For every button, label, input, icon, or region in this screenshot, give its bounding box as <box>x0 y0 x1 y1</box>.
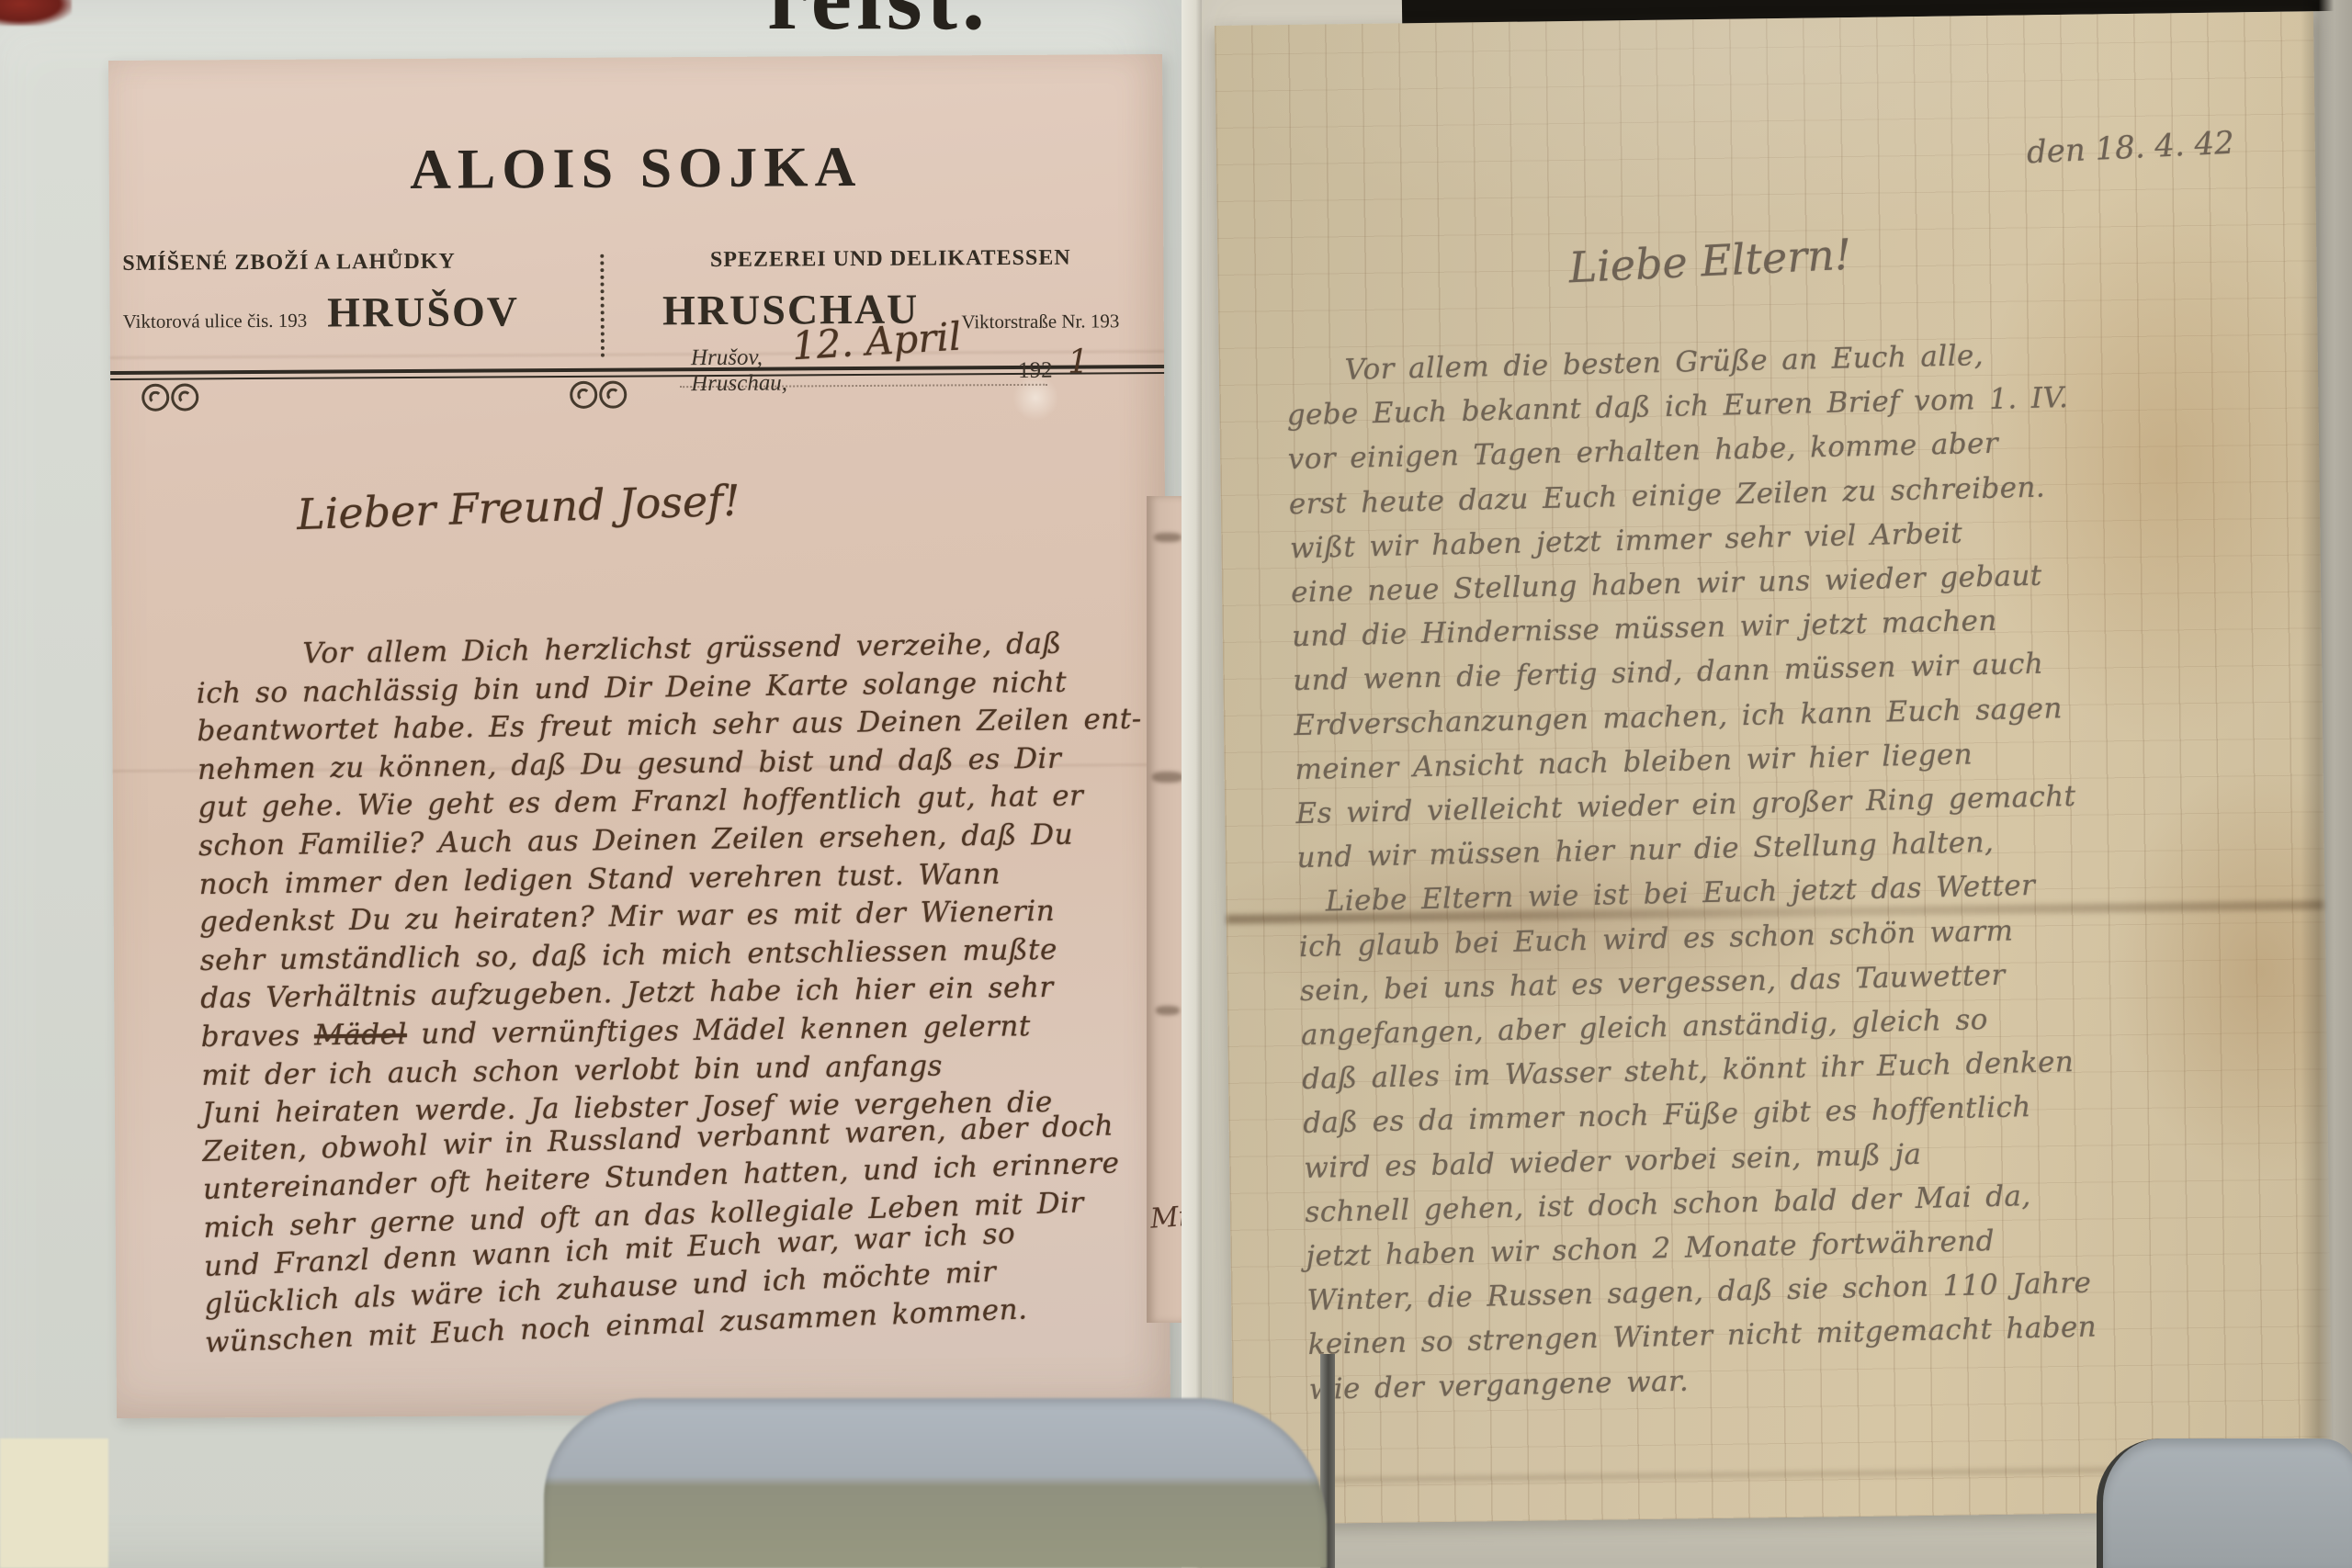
spiral-icon <box>171 383 198 411</box>
place-czech: Hrušov, <box>691 344 787 371</box>
spiral-icon <box>599 381 627 409</box>
czech-address: Viktorová ulice čis. 193 <box>123 310 308 333</box>
salutation: Lieber Freund Josef! <box>296 476 741 540</box>
handwritten-year-digit: 1 <box>1068 343 1089 380</box>
museum-photo: reist. ALOIS SOJKA SMÍŠENÉ ZBOŽÍ A LAHŮD… <box>0 0 2352 1568</box>
spiral-icon <box>570 381 597 409</box>
ink-smudge <box>1154 533 1182 542</box>
letterhead-name: ALOIS SOJKA <box>109 133 1163 205</box>
letter-body: Vor allem die besten Grüße an Euch alle,… <box>1285 327 2311 1412</box>
german-address: Viktorstraße Nr. 193 <box>961 310 1119 333</box>
letterhead-divider-ornament <box>600 254 605 357</box>
mat-seam <box>1182 0 1202 1568</box>
left-letter-paper: ALOIS SOJKA SMÍŠENÉ ZBOŽÍ A LAHŮDKY Vikt… <box>108 54 1170 1418</box>
ink-smudge <box>1156 1006 1180 1015</box>
ink-smudge <box>1152 772 1183 783</box>
spiral-icon <box>141 384 169 412</box>
letter-body: Vor allem Dich herzlichst grüssend verze… <box>196 624 1165 1362</box>
place-german: Hruschau, <box>691 370 787 397</box>
letterhead-czech-column: SMÍŠENÉ ZBOŽÍ A LAHŮDKY Viktorová ulice … <box>122 249 555 338</box>
czech-city-row: Viktorová ulice čis. 193 HRUŠOV <box>123 287 555 338</box>
photo-right-edge-shadow <box>2301 0 2352 1568</box>
foreground-reflection-right <box>2097 1438 2352 1568</box>
spiral-ornament-center <box>570 381 627 409</box>
dateline-place: Hrušov, Hruschau, <box>691 344 787 397</box>
spiral-ornament-left <box>141 383 198 411</box>
german-trade-line: SPEZEREI UND DELIKATESSEN <box>661 245 1120 273</box>
czech-city: HRUŠOV <box>327 287 519 336</box>
red-label-fragment <box>0 0 72 26</box>
foreground-reflection <box>544 1398 1327 1568</box>
right-letter-paper: den 18. 4. 42 Liebe Eltern! Vor allem di… <box>1215 11 2333 1525</box>
left-frame-mat: reist. ALOIS SOJKA SMÍŠENÉ ZBOŽÍ A LAHŮD… <box>0 0 1182 1568</box>
bottom-left-mat-corner <box>0 1438 108 1568</box>
printed-year: 192 <box>1018 358 1053 384</box>
wall-label-fragment: reist. <box>767 0 989 51</box>
right-frame-mat: den 18. 4. 42 Liebe Eltern! Vor allem di… <box>1182 0 2352 1568</box>
text-segment: braves <box>201 1019 315 1054</box>
text-segment: und vernünftiges Mädel kennen gelernt <box>407 1010 1031 1051</box>
struck-word: Mädel <box>314 1018 407 1052</box>
czech-trade-line: SMÍŠENÉ ZBOŽÍ A LAHŮDKY <box>122 249 554 276</box>
